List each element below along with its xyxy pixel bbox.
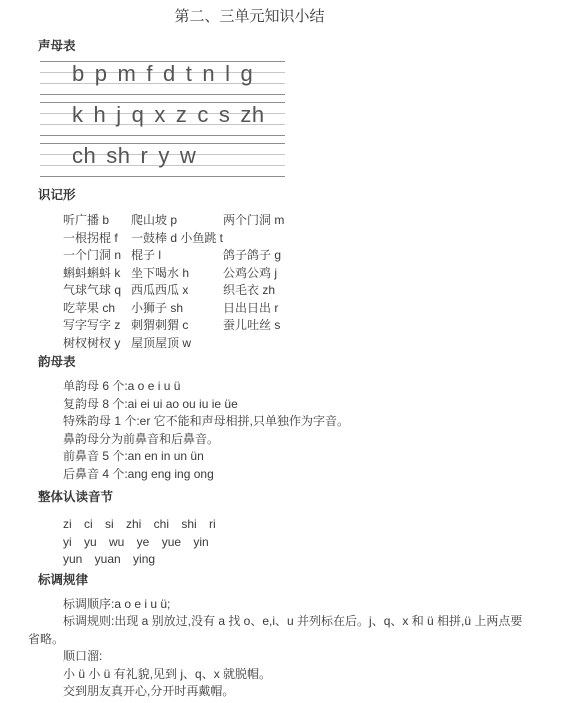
pinyin-letter: ch [72, 143, 96, 168]
pinyin-letter: zh [240, 102, 264, 127]
pinyin-letter: b [72, 61, 85, 86]
pinyin-letter: x [154, 102, 166, 127]
mnemonic: 蝌蚪蝌蚪 k [63, 265, 131, 283]
yunmu-list: 单韵母 6 个:a o e i u ü 复韵母 8 个:ai ei ui ao … [28, 378, 541, 483]
mnemonic: 蚕儿吐丝 s [223, 317, 280, 335]
pinyin-letter: z [176, 102, 188, 127]
tone-rule-line-1: 标调规则:出现 a 别放过,没有 a 找 o、e,i、u 并列标在后。j、q、x… [28, 613, 541, 631]
section-heading-shiji: 识记形 [38, 187, 541, 204]
pinyin-letter: l [225, 61, 230, 86]
mnemonic: 织毛衣 zh [223, 282, 275, 300]
mnemonic: 小狮子 sh [131, 300, 223, 318]
staff-letters-row2: khjqxzcszh [72, 104, 275, 126]
staff-line [40, 94, 285, 95]
staff-line [40, 135, 285, 136]
yunmu-item: 特殊韵母 1 个:er 它不能和声母相拼,只单独作为字音。 [28, 413, 541, 431]
mnemonic: 一根拐棍 f [63, 230, 131, 248]
page-title: 第二、三单元知识小结 [28, 8, 541, 26]
tone-order-line: 标调顺序:a o e i u ü; [28, 596, 541, 614]
mnemonic: 吃苹果 ch [63, 300, 131, 318]
mnemonic: 坐下喝水 h [131, 265, 223, 283]
mnemonic: 听广播 b [63, 212, 131, 230]
pinyin-letter: t [186, 61, 193, 86]
pinyin-letter: s [219, 102, 231, 127]
mnemonic: 气球气球 q [63, 282, 131, 300]
mnemonic: 棍子 l [131, 247, 223, 265]
pinyin-letter: k [72, 102, 84, 127]
mnemonic: 一个门洞 n [63, 247, 131, 265]
shiji-item: 气球气球 q西瓜西瓜 x织毛衣 zh [28, 282, 541, 300]
pinyin-staff-block: bpmfdtnlg khjqxzcszh chshryw [40, 61, 541, 177]
section-heading-yunmu: 韵母表 [38, 354, 541, 371]
yunmu-item: 前鼻音 5 个:an en in un ün [28, 448, 541, 466]
shiji-list: 听广播 b爬山坡 p两个门洞 m 一根拐棍 f一鼓棒 d 小鱼跳 t 一个门洞 … [28, 212, 541, 352]
shiji-item: 吃苹果 ch小狮子 sh日出日出 r [28, 300, 541, 318]
pinyin-staff-row3: chshryw [40, 143, 285, 177]
pinyin-letter: r [141, 143, 149, 168]
pinyin-staff-row2: khjqxzcszh [40, 102, 285, 136]
pinyin-letter: sh [106, 143, 130, 168]
rhyme-line-2: 交到朋友真开心,分开时再戴帽。 [28, 683, 541, 701]
pinyin-letter: c [197, 102, 209, 127]
mnemonic: 爬山坡 p [131, 212, 223, 230]
yunmu-item: 后鼻音 4 个:ang eng ing ong [28, 466, 541, 484]
mnemonic: 树杈树杈 y [63, 335, 131, 353]
pinyin-letter: j [116, 102, 121, 127]
pinyin-letter: g [240, 61, 253, 86]
shiji-item: 听广播 b爬山坡 p两个门洞 m [28, 212, 541, 230]
syllable-row: yun yuan ying [28, 551, 541, 569]
yunmu-item: 单韵母 6 个:a o e i u ü [28, 378, 541, 396]
mnemonic: 两个门洞 m [223, 212, 284, 230]
section-heading-biaodiao: 标调规律 [38, 572, 541, 589]
zhengti-list: zi ci si zhi chi shi ri yi yu wu ye yue … [28, 516, 541, 569]
pinyin-staff-row1: bpmfdtnlg [40, 61, 285, 95]
mnemonic: 公鸡公鸡 j [223, 265, 277, 283]
staff-letters-row3: chshryw [72, 145, 206, 167]
yunmu-item: 复韵母 8 个:ai ei ui ao ou iu ie üe [28, 396, 541, 414]
pinyin-letter: h [94, 102, 107, 127]
mnemonic: 一鼓棒 d 小鱼跳 t [131, 230, 223, 248]
shiji-item: 蝌蚪蝌蚪 k坐下喝水 h公鸡公鸡 j [28, 265, 541, 283]
pinyin-letter: n [202, 61, 215, 86]
tone-rule-line-2: 省略。 [28, 631, 541, 649]
biaodiao-list: 标调顺序:a o e i u ü; 标调规则:出现 a 别放过,没有 a 找 o… [28, 596, 541, 701]
rhyme-line-1: 小 ü 小 ü 有礼貌,见到 j、q、x 就脱帽。 [28, 666, 541, 684]
shiji-item: 一根拐棍 f一鼓棒 d 小鱼跳 t [28, 230, 541, 248]
pinyin-letter: m [118, 61, 137, 86]
mnemonic: 日出日出 r [223, 300, 278, 318]
yunmu-item: 鼻韵母分为前鼻音和后鼻音。 [28, 431, 541, 449]
syllable-row: zi ci si zhi chi shi ri [28, 516, 541, 534]
staff-letters-row1: bpmfdtnlg [72, 63, 263, 85]
pinyin-letter: f [146, 61, 153, 86]
section-heading-shengmu: 声母表 [38, 38, 541, 55]
mnemonic: 鸽子鸽子 g [223, 247, 281, 265]
document-page: 第二、三单元知识小结 声母表 bpmfdtnlg khjqxzcszh [0, 0, 563, 703]
mnemonic: 西瓜西瓜 x [131, 282, 223, 300]
pinyin-letter: q [132, 102, 145, 127]
section-heading-zhengti: 整体认读音节 [38, 489, 541, 506]
mnemonic: 刺猬刺猬 c [131, 317, 223, 335]
pinyin-letter: w [180, 143, 196, 168]
mnemonic: 写字写字 z [63, 317, 131, 335]
pinyin-letter: d [163, 61, 176, 86]
shiji-item: 一个门洞 n棍子 l鸽子鸽子 g [28, 247, 541, 265]
pinyin-letter: p [95, 61, 108, 86]
rhyme-label: 顺口溜: [28, 648, 541, 666]
shiji-item: 写字写字 z刺猬刺猬 c蚕儿吐丝 s [28, 317, 541, 335]
mnemonic: 屋顶屋顶 w [131, 335, 223, 353]
syllable-row: yi yu wu ye yue yin [28, 534, 541, 552]
shiji-item: 树杈树杈 y屋顶屋顶 w [28, 335, 541, 353]
pinyin-letter: y [158, 143, 170, 168]
staff-line [40, 176, 285, 177]
